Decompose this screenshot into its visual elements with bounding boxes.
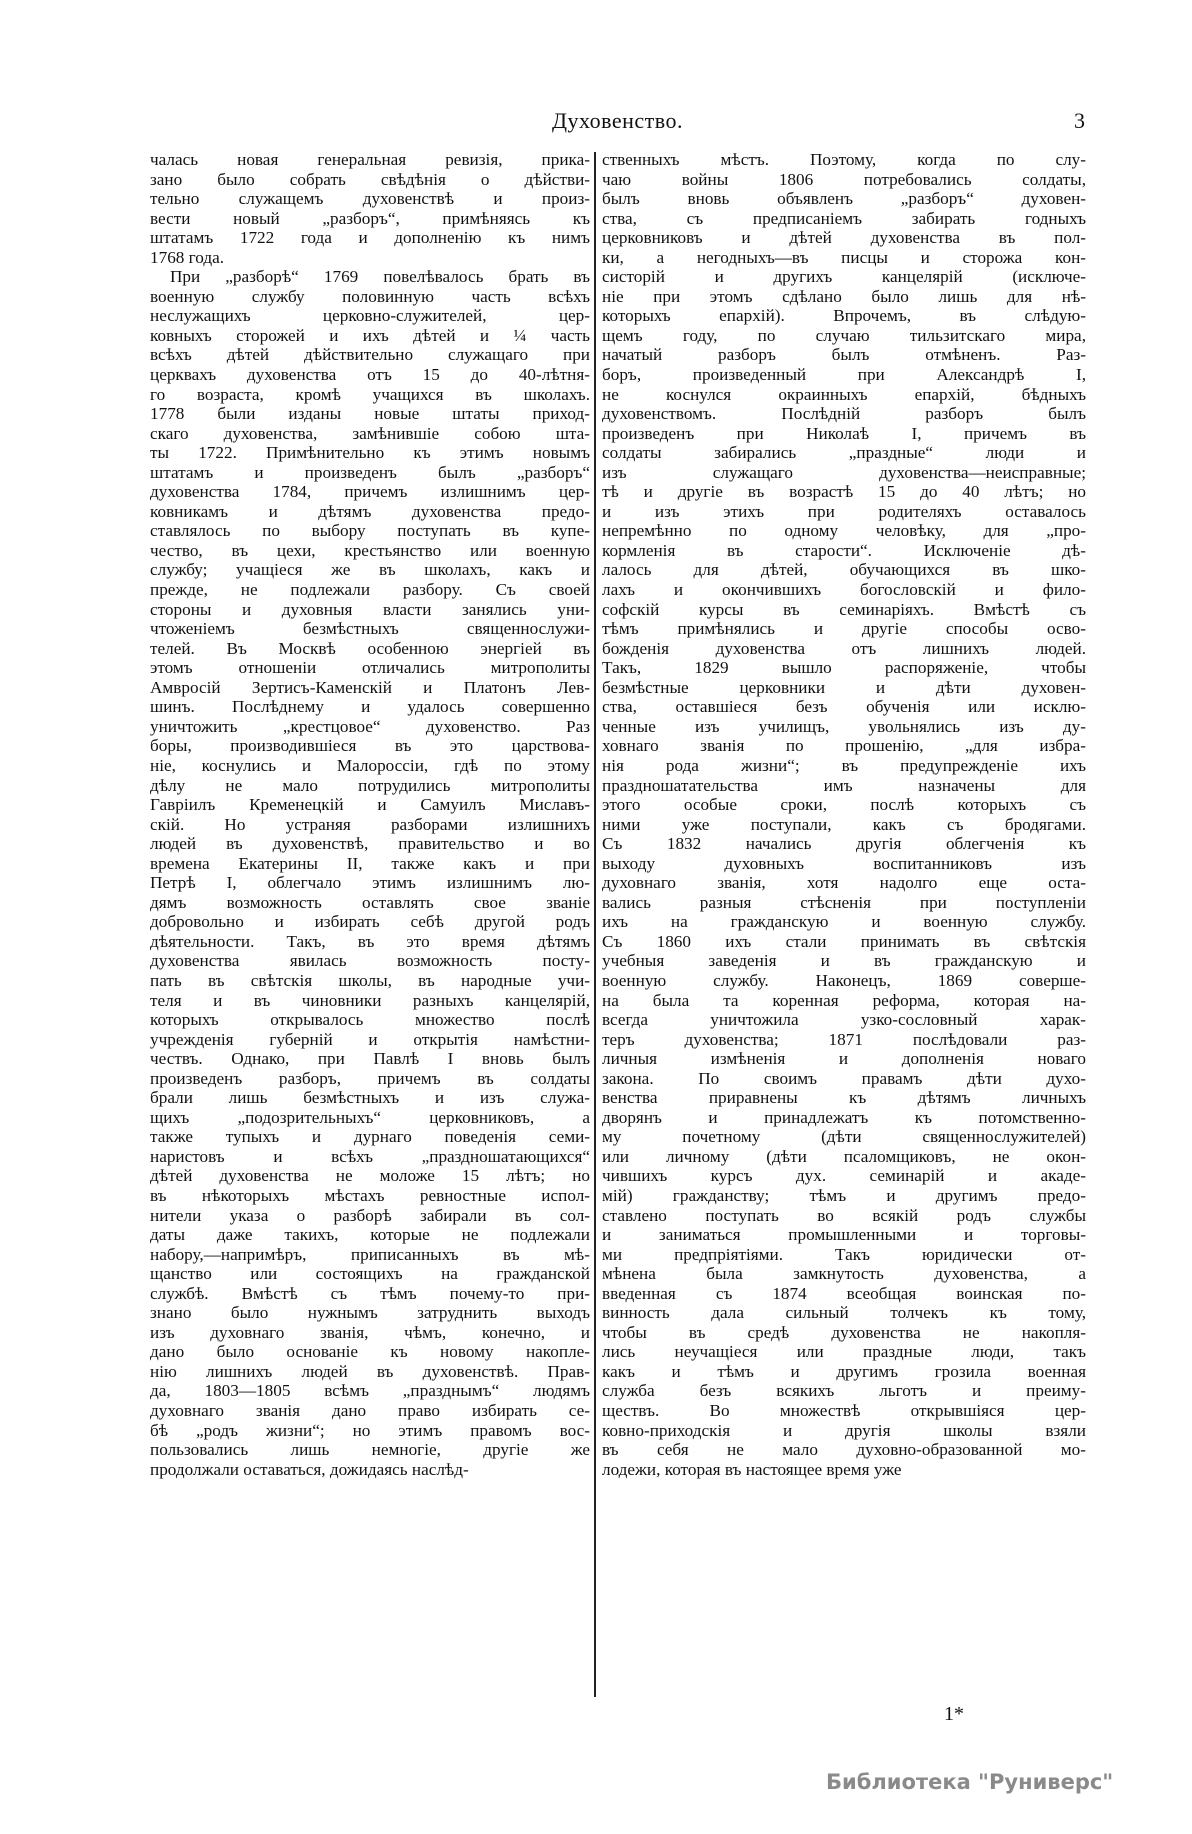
text-line: ственныхъ мѣстъ. Поэтому, когда по слу- (602, 150, 1086, 170)
text-line: штатамъ и произведенъ былъ „разборъ“ (150, 463, 590, 483)
text-line: ихъ на гражданскую и военную службу. (602, 912, 1086, 932)
text-line: дано было основаніе къ новому накопле- (150, 1342, 590, 1362)
text-line: ховнаго званія по прошенію, „для избра- (602, 736, 1086, 756)
text-line: 1768 года. (150, 248, 590, 268)
text-line: духовнаго званія дано право избирать се- (150, 1401, 590, 1421)
text-line: въ себя не мало духовно-образованной мо- (602, 1440, 1086, 1460)
text-line: въ нѣкоторыхъ мѣстахъ ревностные испол- (150, 1186, 590, 1206)
text-line: чествъ. Однако, при Павлѣ I вновь былъ (150, 1049, 590, 1069)
text-line: скій. Но устраняя разборами излишнихъ (150, 815, 590, 835)
text-line: да, 1803—1805 всѣмъ „празднымъ“ людямъ (150, 1381, 590, 1401)
text-line: церковниковъ и дѣтей духовенства въ пол- (602, 228, 1086, 248)
text-line: личныя измѣненія и дополненія новаго (602, 1049, 1086, 1069)
text-line: служба безъ всякихъ льготъ и преиму- (602, 1381, 1086, 1401)
text-line: чившихъ курсъ дух. семинарій и акаде- (602, 1166, 1086, 1186)
text-line: божденія духовенства отъ лишнихъ людей. (602, 639, 1086, 659)
text-line: телей. Въ Москвѣ особенною энергіей въ (150, 639, 590, 659)
text-line: теръ духовенства; 1871 послѣдовали раз- (602, 1030, 1086, 1050)
text-line: Съ 1860 ихъ стали принимать въ свѣтскія (602, 932, 1086, 952)
text-line: учебныя заведенія и въ гражданскую и (602, 951, 1086, 971)
text-line: праздношатательства имъ назначены для (602, 776, 1086, 796)
text-line: ковникамъ и дѣтямъ духовенства предо- (150, 502, 590, 522)
text-line: стороны и духовныя власти занялись уни- (150, 600, 590, 620)
text-line: нію лишнихъ людей въ духовенствѣ. Прав- (150, 1362, 590, 1382)
text-line: ніе, коснулись и Малороссіи, гдѣ по этом… (150, 756, 590, 776)
page-title: Духовенство. (150, 108, 1085, 134)
text-line: всегда уничтожила узко-сословный харак- (602, 1010, 1086, 1030)
text-line: венства приравнены къ дѣтямъ личныхъ (602, 1088, 1086, 1108)
text-line: ніе при этомъ сдѣлано было лишь для нѣ- (602, 287, 1086, 307)
text-line: солдаты забирались „праздные“ люди и (602, 443, 1086, 463)
text-line: вести новый „разборъ“, примѣняясь къ (150, 209, 590, 229)
text-line: произведенъ разборъ, причемъ въ солдаты (150, 1069, 590, 1089)
text-line: даты даже такихъ, которые не подлежали (150, 1225, 590, 1245)
text-line: службѣ. Вмѣстѣ съ тѣмъ почему-то при- (150, 1284, 590, 1304)
text-line: ставлено поступать во всякій родъ службы (602, 1206, 1086, 1226)
text-line: штатамъ 1722 года и дополненію къ нимъ (150, 228, 590, 248)
text-line: чтобы въ средѣ духовенства не накопля- (602, 1323, 1086, 1343)
text-line: лись неучащіеся или праздные люди, такъ (602, 1342, 1086, 1362)
text-line: и заниматься промышленными и торговы- (602, 1225, 1086, 1245)
text-line: на была та коренная реформа, которая на- (602, 991, 1086, 1011)
text-line: брали лишь безмѣстныхъ и изъ служа- (150, 1088, 590, 1108)
text-line: духовенства явилась возможность посту- (150, 951, 590, 971)
text-line: ки, а негодныхъ—въ писцы и сторожа кон- (602, 248, 1086, 268)
text-line: изъ служащаго духовенства—неисправные; (602, 463, 1086, 483)
text-line: зано было собрать свѣдѣнія о дѣйстви- (150, 170, 590, 190)
text-line: начатый разборъ былъ отмѣненъ. Раз- (602, 345, 1086, 365)
text-line: чалась новая генеральная ревизія, прика- (150, 150, 590, 170)
text-line: При „разборѣ“ 1769 повелѣвалось брать въ (150, 267, 590, 287)
text-line: также тупыхъ и дурнаго поведенія семи- (150, 1127, 590, 1147)
text-line: духовенства 1784, причемъ излишнимъ цер- (150, 482, 590, 502)
text-line: непремѣнно по одному человѣку, для „про- (602, 521, 1086, 541)
column-divider (594, 152, 596, 1697)
text-line: Петрѣ I, облегчало этимъ излишнимъ лю- (150, 873, 590, 893)
text-line: ченные изъ училищъ, увольнялись изъ ду- (602, 717, 1086, 737)
text-line: дѣлу не мало потрудились митрополиты (150, 776, 590, 796)
text-line: кормленія въ старости“. Исключеніе дѣ- (602, 541, 1086, 561)
text-line: Такъ, 1829 вышло распоряженіе, чтобы (602, 658, 1086, 678)
text-line: щемъ году, по случаю тильзитскаго мира, (602, 326, 1086, 346)
text-line: пать въ свѣтскія школы, въ народные учи- (150, 971, 590, 991)
text-line: неслужащихъ церковно-служителей, цер- (150, 306, 590, 326)
text-line: уничтожить „крестцовое“ духовенство. Раз (150, 717, 590, 737)
text-line: ставлялось по выбору поступать въ купе- (150, 521, 590, 541)
library-watermark: Библиотека "Руниверс" (826, 1770, 1113, 1794)
text-line: Гавріилъ Кременецкій и Самуилъ Миславъ- (150, 795, 590, 815)
text-line: щихъ „подозрительныхъ“ церковниковъ, а (150, 1108, 590, 1128)
text-line: произведенъ при Николаѣ I, причемъ въ (602, 424, 1086, 444)
text-line: лалось для дѣтей, обучающихся въ шко- (602, 560, 1086, 580)
text-line: лодежи, которая въ настоящее время уже (602, 1460, 1086, 1480)
text-line: бѣ „родъ жизни“; но этимъ правомъ вос- (150, 1421, 590, 1441)
text-line: тѣ и другіе въ возрастѣ 15 до 40 лѣтъ; н… (602, 482, 1086, 502)
text-line: боръ, произведенный при Александрѣ I, (602, 365, 1086, 385)
text-line: добровольно и избирать себѣ другой родъ (150, 912, 590, 932)
text-line: боры, производившіеся въ это царствова- (150, 736, 590, 756)
text-line: теля и въ чиновники разныхъ канцелярій, (150, 991, 590, 1011)
text-line: ми предпріятіями. Такъ юридически от- (602, 1245, 1086, 1265)
text-line: былъ вновь объявленъ „разборъ“ духовен- (602, 189, 1086, 209)
text-line: выходу духовныхъ воспитанниковъ изъ (602, 854, 1086, 874)
text-line: софскій курсы въ семинаріяхъ. Вмѣстѣ съ (602, 600, 1086, 620)
text-line: ковно-приходскія и другія школы взяли (602, 1421, 1086, 1441)
text-line: закона. По своимъ правамъ дѣти духо- (602, 1069, 1086, 1089)
text-line: изъ духовнаго званія, чѣмъ, конечно, и (150, 1323, 590, 1343)
running-header: Духовенство. 3 (150, 108, 1085, 138)
text-line: винность дала сильный толчекъ къ тому, (602, 1303, 1086, 1323)
text-line: нители указа о разборѣ забирали въ сол- (150, 1206, 590, 1226)
text-line: прежде, не подлежали разбору. Съ своей (150, 580, 590, 600)
text-line: всѣхъ дѣтей дѣйствительно служащаго при (150, 345, 590, 365)
text-line: мій) гражданству; тѣмъ и другимъ предо- (602, 1186, 1086, 1206)
text-line: ства, съ предписаніемъ забирать годныхъ (602, 209, 1086, 229)
text-line: людей въ духовенствѣ, правительство и во (150, 834, 590, 854)
text-line: мѣнена была замкнутость духовенства, а (602, 1264, 1086, 1284)
text-line: шинъ. Послѣднему и удалось совершенно (150, 697, 590, 717)
text-line: ними уже поступали, какъ съ бродягами. (602, 815, 1086, 835)
text-line: знано было нужнымъ затруднить выходъ (150, 1303, 590, 1323)
text-line: учрежденія губерній и открытія намѣстни- (150, 1030, 590, 1050)
text-line: Съ 1832 начались другія облегченія къ (602, 834, 1086, 854)
printer-signature-mark: 1* (944, 1703, 964, 1726)
text-line: или личному (дѣти псаломщиковъ, не окон- (602, 1147, 1086, 1167)
text-line: дѣтей духовенства не моложе 15 лѣтъ; но (150, 1166, 590, 1186)
text-line: наристовъ и всѣхъ „праздношатающихся“ (150, 1147, 590, 1167)
text-line: духовенствомъ. Послѣдній разборъ былъ (602, 404, 1086, 424)
text-line: этомъ отношеніи отличались митрополиты (150, 658, 590, 678)
text-line: го возраста, кромѣ учащихся въ школахъ. (150, 385, 590, 405)
text-line: пользовались лишь немногіе, другіе же (150, 1440, 590, 1460)
text-line: которыхъ открывалось множество послѣ (150, 1010, 590, 1030)
text-line: продолжали оставаться, дожидаясь наслѣд- (150, 1460, 590, 1480)
text-line: 1778 были изданы новые штаты приход- (150, 404, 590, 424)
text-line: службу; учащіеся же въ школахъ, какъ и (150, 560, 590, 580)
text-line: церквахъ духовенства отъ 15 до 40-лѣтня- (150, 365, 590, 385)
text-line: дѣятельности. Такъ, въ это время дѣтямъ (150, 932, 590, 952)
text-line: дворянъ и принадлежатъ къ потомственно- (602, 1108, 1086, 1128)
text-line: чтоженіемъ безмѣстныхъ священнослужи- (150, 619, 590, 639)
text-line: введенная съ 1874 всеобщая воинская по- (602, 1284, 1086, 1304)
text-line: какъ и тѣмъ и другимъ грозила военная (602, 1362, 1086, 1382)
text-line: тельно служащемъ духовенствѣ и произ- (150, 189, 590, 209)
text-line: ства, оставшіеся безъ обученія или исклю… (602, 697, 1086, 717)
left-column: чалась новая генеральная ревизія, прика-… (150, 150, 590, 1479)
text-line: вались разныя стѣсненія при поступленіи (602, 893, 1086, 913)
page-number: 3 (1074, 108, 1085, 134)
text-line: лахъ и окончившихъ богословскій и фило- (602, 580, 1086, 600)
text-line: нія рода жизни“; въ предупрежденіе ихъ (602, 756, 1086, 776)
text-line: ковныхъ сторожей и ихъ дѣтей и ¼ часть (150, 326, 590, 346)
text-line: этого особые сроки, послѣ которыхъ съ (602, 795, 1086, 815)
text-line: времена Екатерины II, также какъ и при (150, 854, 590, 874)
text-line: ты 1722. Примѣнительно къ этимъ новымъ (150, 443, 590, 463)
text-line: духовнаго званія, хотя надолго еще оста- (602, 873, 1086, 893)
text-line: чество, въ цехи, крестьянство или военну… (150, 541, 590, 561)
text-line: ществъ. Во множествѣ открывшіяся цер- (602, 1401, 1086, 1421)
text-line: дямъ возможность оставлять свое званіе (150, 893, 590, 913)
text-line: безмѣстные церковники и дѣти духовен- (602, 678, 1086, 698)
text-line: тѣмъ примѣнялись и другіе способы осво- (602, 619, 1086, 639)
text-line: Амвросій Зертисъ-Каменскій и Платонъ Лев… (150, 678, 590, 698)
text-line: щанство или состоящихъ на гражданской (150, 1264, 590, 1284)
text-line: му почетному (дѣти священнослужителей) (602, 1127, 1086, 1147)
text-line: которыхъ епархій). Впрочемъ, въ слѣдую- (602, 306, 1086, 326)
text-line: скаго духовенства, замѣнившіе собою шта- (150, 424, 590, 444)
text-line: чаю войны 1806 потребовались солдаты, (602, 170, 1086, 190)
text-line: набору,—напримѣръ, приписанныхъ въ мѣ- (150, 1245, 590, 1265)
text-line: и изъ этихъ при родителяхъ оставалось (602, 502, 1086, 522)
right-column: ственныхъ мѣстъ. Поэтому, когда по слу-ч… (602, 150, 1086, 1479)
text-line: военную службу половинную часть всѣхъ (150, 287, 590, 307)
text-line: военную службу. Наконецъ, 1869 соверше- (602, 971, 1086, 991)
text-line: систорій и другихъ канцелярій (исключе- (602, 267, 1086, 287)
text-line: не коснулся окраинныхъ епархій, бѣдныхъ (602, 385, 1086, 405)
